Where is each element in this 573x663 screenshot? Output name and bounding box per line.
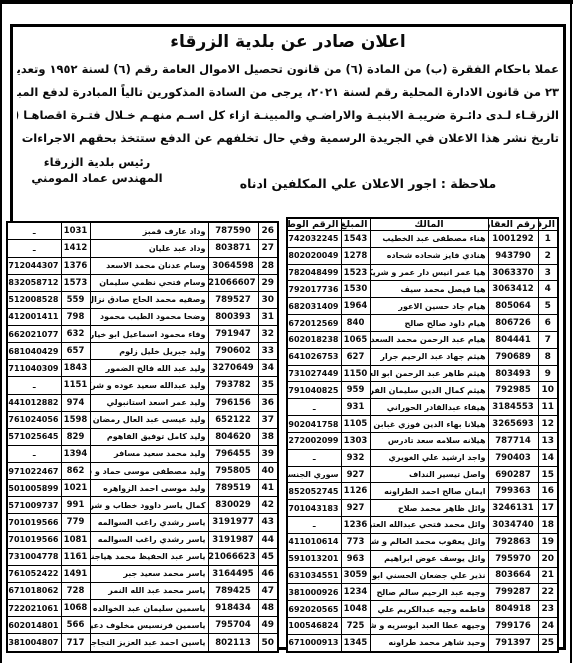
national-id: ـ	[7, 445, 61, 462]
national-id: 9742032245	[287, 231, 341, 248]
amount: 829	[61, 428, 90, 445]
owner-name: ياسر محمد سعيد جبر	[90, 565, 208, 582]
amount: 559	[61, 291, 90, 308]
row-number: 6	[538, 315, 558, 332]
row-number: 41	[258, 480, 278, 497]
national-id: 9381004807	[7, 634, 61, 652]
amount: 959	[341, 382, 370, 399]
owner-name: ياسر عبد الحفيظ محمد هياجنه	[90, 548, 208, 565]
row-number: 25	[538, 634, 558, 652]
row-number: 48	[258, 600, 278, 617]
owner-name: ياسين احمد عبد العزيز التجاجره	[90, 634, 208, 652]
national-id: 9641026753	[287, 348, 341, 365]
parcel-number: 804918	[488, 601, 538, 618]
amount: 1150	[341, 365, 370, 382]
table-row: 123265693هيلانا بهاء الدين فوزي غبابن110…	[287, 416, 558, 433]
table-row: 11001292هناء مصطفى عبد الخطيب15439742032…	[287, 231, 558, 248]
row-number: 5	[538, 298, 558, 315]
parcel-number: 3034740	[488, 517, 538, 534]
table-header-row: الرقم رقم العقار المالك المبلغ الرقم الو…	[287, 218, 558, 231]
amount: 991	[61, 497, 90, 514]
parcel-number: 790602	[208, 343, 258, 360]
row-number: 4	[538, 281, 558, 298]
table-row: 19792863وائل يعقوب محمد العالم و شريكه77…	[287, 533, 558, 550]
row-number: 24	[538, 618, 558, 635]
col-header-owner: المالك	[370, 218, 488, 231]
amount: 728	[61, 582, 90, 599]
parcel-number: 690287	[488, 466, 538, 483]
parcel-number: 789527	[208, 291, 258, 308]
charges-table-rows-1-25: الرقم رقم العقار المالك المبلغ الرقم الو…	[286, 217, 559, 653]
amount: 1065	[341, 331, 370, 348]
charges-tables: الرقم رقم العقار المالك المبلغ الرقم الو…	[17, 217, 559, 653]
amount: 1345	[341, 634, 370, 652]
national-id: 9852052745	[287, 483, 341, 500]
amount: 1151	[61, 377, 90, 394]
owner-name: هيا فيصل محمد سيف	[370, 281, 488, 298]
signature-and-note-row: ملاحظة : اجور الاعلان علي المكلفين ادناه…	[17, 152, 559, 212]
owner-name: واجد ارشيد علي الغويري	[370, 449, 488, 466]
parcel-number: 800393	[208, 308, 258, 325]
parcel-number: 803493	[488, 365, 538, 382]
left-column-rule	[0, 0, 2, 663]
announcement-frame: اعلان صادر عن بلدية الزرقاء عملا باحكام …	[10, 24, 566, 650]
owner-name: هيلانه سلامه سعد تادرس	[370, 432, 488, 449]
amount: 798	[61, 308, 90, 325]
national-id: 9662021077	[7, 326, 61, 343]
parcel-number: 830029	[208, 497, 258, 514]
table-row: 7804441هيام عبد الرحمن محمد السعدي106596…	[287, 331, 558, 348]
owner-name: وائل محمد فتحي عبدالله العتيبي	[370, 517, 488, 534]
parcel-number: 652122	[208, 411, 258, 428]
newspaper-announcement-page: اعلان صادر عن بلدية الزرقاء عملا باحكام …	[0, 0, 573, 663]
national-id: ـ	[287, 449, 341, 466]
owner-name: هيثم كمال الدين سليمان الفراجين	[370, 382, 488, 399]
row-number: 7	[538, 331, 558, 348]
amount: 627	[341, 348, 370, 365]
table-row: 32791947وفاء محمود اسماعيل ابو خياره6329…	[7, 326, 278, 343]
parcel-number: 943790	[488, 247, 538, 264]
row-number: 29	[258, 274, 278, 291]
amount: 1523	[341, 264, 370, 281]
national-id: 9782048499	[287, 264, 341, 281]
parcel-number: 804441	[488, 331, 538, 348]
table-row: 27803871وداد عبد عليان1412ـ	[7, 240, 278, 257]
owner-name: وداد عبد عليان	[90, 240, 208, 257]
national-id: 9802020049	[287, 247, 341, 264]
national-id: 9682031409	[287, 298, 341, 315]
parcel-number: 803664	[488, 567, 538, 584]
owner-name: هيلانا بهاء الدين فوزي غبابن	[370, 416, 488, 433]
parcel-number: 795805	[208, 463, 258, 480]
row-number: 21	[538, 567, 558, 584]
parcel-number: 806726	[488, 315, 538, 332]
table-row: 22799287وجيه عبد الرحيم سالم صالح1234938…	[287, 584, 558, 601]
page-title: اعلان صادر عن بلدية الزرقاء	[17, 32, 559, 52]
row-number: 15	[538, 466, 558, 483]
parcel-number: 796156	[208, 394, 258, 411]
national-id: 9412001411	[7, 308, 61, 325]
owner-name: هيام داود صالح صالح	[370, 315, 488, 332]
table-row: 20795970وائل يوسف عوض ابراهيم96395910132…	[287, 550, 558, 567]
row-number: 33	[258, 343, 278, 360]
row-number: 11	[538, 399, 558, 416]
owner-name: وسام عدنان محمد الاسعد	[90, 257, 208, 274]
table-row: 40795805وليد مصطفى موسى حماد و شركاه8629…	[7, 463, 278, 480]
row-number: 13	[538, 432, 558, 449]
row-number: 43	[258, 514, 278, 531]
national-id: ـ	[7, 240, 61, 257]
national-id: 9272002099	[287, 432, 341, 449]
row-number: 14	[538, 449, 558, 466]
amount: 1048	[341, 601, 370, 618]
parcel-number: 799287	[488, 584, 538, 601]
table-row: 23804918فاطمه وجيه عبدالكريم علي10489692…	[287, 601, 558, 618]
row-number: 18	[538, 517, 558, 534]
owner-name: ياسمين سليمان عبد الخوالده	[90, 600, 208, 617]
parcel-number: 789519	[208, 480, 258, 497]
national-id: 9711040309	[7, 360, 61, 377]
charges-table-rows-26-50: 26787590وداد عارف قمبز1031ـ27803871وداد …	[6, 221, 279, 653]
national-id: 9441012882	[7, 394, 61, 411]
national-id: ـ	[7, 377, 61, 394]
parcel-number: 789425	[208, 582, 258, 599]
parcel-number: 792863	[488, 533, 538, 550]
row-number: 16	[538, 483, 558, 500]
table-row: 33790602وليد جبريل خليل زلوم657968104042…	[7, 343, 278, 360]
parcel-number: 799176	[488, 618, 538, 635]
owner-name: وليد جبريل خليل زلوم	[90, 343, 208, 360]
national-id: ـ	[287, 399, 341, 416]
table-row: 48918434ياسمين سليمان عبد الخوالده106897…	[7, 600, 278, 617]
parcel-number: 3164495	[208, 565, 258, 582]
row-number: 45	[258, 548, 278, 565]
table-row: 30789527وصفيه محمد الحاج صادق نزال و شرك…	[7, 291, 278, 308]
owner-name: وليد محمد سعيد مسافر	[90, 445, 208, 462]
parcel-number: 804620	[208, 428, 258, 445]
signature-title: رئيس بلدية الزرقاء	[17, 154, 177, 170]
table-row: 38804620وليد كامل توفيق الفاهوم829957102…	[7, 428, 278, 445]
owner-name: وجيه عبد الرحيم سالم صالح	[370, 584, 488, 601]
table-row: 33063370هيا عمر انيس دار عمر و شريكها152…	[287, 264, 558, 281]
amount: 1491	[61, 565, 90, 582]
national-id: 9692020565	[287, 601, 341, 618]
row-number: 22	[538, 584, 558, 601]
col-header-amount: المبلغ	[341, 218, 370, 231]
amount: 1031	[61, 222, 90, 240]
amount: 773	[341, 533, 370, 550]
row-number: 31	[258, 308, 278, 325]
parcel-number: 21066623	[208, 548, 258, 565]
national-id: ـ	[287, 517, 341, 534]
table-row: 10792985هيثم كمال الدين سليمان الفراجين9…	[287, 382, 558, 399]
national-id: 9792017736	[287, 281, 341, 298]
owner-name: هيثم جهاد عبد الرحيم جرار	[370, 348, 488, 365]
row-number: 35	[258, 377, 278, 394]
owner-name: ياسر رشدي راغب السوالمه	[90, 514, 208, 531]
owner-name: هناء مصطفى عبد الخطيب	[370, 231, 488, 248]
table-row: 31800393وضحا محمود الطيب محمود7989412001…	[7, 308, 278, 325]
amount: 1530	[341, 281, 370, 298]
row-number: 49	[258, 617, 278, 634]
national-id: 9672012569	[287, 315, 341, 332]
national-id: 9701019566	[7, 514, 61, 531]
owner-name: وحيد شاهر محمد طراونه	[370, 634, 488, 652]
national-id: 9832058712	[7, 274, 61, 291]
owner-name: هيا عمر انيس دار عمر و شريكها	[370, 264, 488, 281]
owner-name: وضحا محمود الطيب محمود	[90, 308, 208, 325]
row-number: 1	[538, 231, 558, 248]
amount: 932	[341, 449, 370, 466]
legal-text-line-4: تاريخ نشر هذا الاعلان في الجريدة الرسمية…	[17, 127, 559, 150]
table-row: 41789519وليد موسى احمد الزواهره102195010…	[7, 480, 278, 497]
owner-name: ايمان صالح احمد الطراونه	[370, 483, 488, 500]
legal-text-line-2: ٢٣ من قانون الادارة المحلية رقم لسنة ٢٠٢…	[17, 81, 559, 104]
national-id: سوري الجنسية	[287, 466, 341, 483]
owner-name: هيام جاد حسين الاعور	[370, 298, 488, 315]
amount: 974	[61, 394, 90, 411]
national-id: 9591013201	[287, 550, 341, 567]
owner-name: هيثم طاهر عبد الرحمن ابو العز	[370, 365, 488, 382]
row-number: 38	[258, 428, 278, 445]
parcel-number: 791397	[488, 634, 538, 652]
owner-name: ياسر رشدي راغب السوالمه	[90, 531, 208, 548]
parcel-number: 3191977	[208, 514, 258, 531]
owner-name: وصفيه محمد الحاج صادق نزال و شركاها	[90, 291, 208, 308]
table-row: 49795704ياسمين فرنسيس مخلوف دعيبس5669602…	[7, 617, 278, 634]
table-row: 9803493هيثم طاهر عبد الرحمن ابو العز1150…	[287, 365, 558, 382]
parcel-number: 787590	[208, 222, 258, 240]
owner-name: وليد مصطفى موسى حماد و شركاه	[90, 463, 208, 480]
amount: 1236	[341, 517, 370, 534]
row-number: 17	[538, 500, 558, 517]
table-row: 183034740وائل محمد فتحي عبدالله العتيبي1…	[287, 517, 558, 534]
parcel-number: 3063370	[488, 264, 538, 281]
note-line: ملاحظة : اجور الاعلان علي المكلفين ادناه	[177, 176, 559, 212]
owner-name: نذير علي جضعان الحسني ابو الغول و شريكه	[370, 567, 488, 584]
national-id: 9712044307	[7, 257, 61, 274]
table-row: 50802113ياسين احمد عبد العزيز التجاجره71…	[7, 634, 278, 652]
amount: 717	[61, 634, 90, 652]
national-id: 9722021061	[7, 600, 61, 617]
owner-name: هيفاء عبدالقادر الحوراني	[370, 399, 488, 416]
parcel-number: 918434	[208, 600, 258, 617]
parcel-number: 803871	[208, 240, 258, 257]
parcel-number: 3064598	[208, 257, 258, 274]
amount: 1394	[61, 445, 90, 462]
national-id: 9411010614	[287, 533, 341, 550]
owner-name: كمال ياسر داوود خطاب و شركاه	[90, 497, 208, 514]
table-row: 26787590وداد عارف قمبز1031ـ	[7, 222, 278, 240]
amount: 1081	[61, 531, 90, 548]
parcel-number: 802113	[208, 634, 258, 652]
national-id: 9512008528	[7, 291, 61, 308]
table-row: 16799363ايمان صالح احمد الطراونه11269852…	[287, 483, 558, 500]
table-row: 37652122وليد عيسى عبد العال رمضان1598976…	[7, 411, 278, 428]
amount: 1573	[61, 274, 90, 291]
table-row: 8790689هيثم جهاد عبد الرحيم جرار62796410…	[287, 348, 558, 365]
amount: 1068	[61, 600, 90, 617]
parcel-number: 3270649	[208, 360, 258, 377]
national-id: 9571025645	[7, 428, 61, 445]
owner-name: ياسمين فرنسيس مخلوف دعيبس	[90, 617, 208, 634]
amount: 1234	[341, 584, 370, 601]
row-number: 23	[538, 601, 558, 618]
row-number: 37	[258, 411, 278, 428]
parcel-number: 793782	[208, 377, 258, 394]
row-number: 20	[538, 550, 558, 567]
col-header-parcel-number: رقم العقار	[488, 218, 538, 231]
amount: 963	[341, 550, 370, 567]
table-row: 463164495ياسر محمد سعيد جبر1491976105242…	[7, 565, 278, 582]
signature-block: رئيس بلدية الزرقاء المهندس عماد المومني	[17, 154, 177, 212]
table-row: 113184553هيفاء عبدالقادر الحوراني931ـ	[287, 399, 558, 416]
table-row: 433191977ياسر رشدي راغب السوالمه77997010…	[7, 514, 278, 531]
row-number: 47	[258, 582, 278, 599]
right-column-rule	[570, 0, 572, 663]
amount: 3059	[341, 567, 370, 584]
owner-name: وسام فتحي نظمي سليمان	[90, 274, 208, 291]
national-id: 9681040429	[7, 343, 61, 360]
table-row: 15690287واصل تيسير النداف927سوري الجنسية	[287, 466, 558, 483]
amount: 931	[341, 399, 370, 416]
table-row: 13787714هيلانه سلامه سعد تادرس1303927200…	[287, 432, 558, 449]
amount: 725	[341, 618, 370, 635]
amount: 1105	[341, 416, 370, 433]
amount: 1543	[341, 231, 370, 248]
table-row: 42830029كمال ياسر داوود خطاب و شركاه9919…	[7, 497, 278, 514]
national-id: 2100546824	[287, 618, 341, 635]
table-row: 25791397وحيد شاهر محمد طراونه13459671000…	[287, 634, 558, 652]
owner-name: فاطمه وجيه عبدالكريم علي	[370, 601, 488, 618]
parcel-number: 805064	[488, 298, 538, 315]
table-row: 35793782وليد عبدالله سعيد عوده و شركاه11…	[7, 377, 278, 394]
amount: 632	[61, 326, 90, 343]
amount: 1021	[61, 480, 90, 497]
amount: 927	[341, 466, 370, 483]
national-id: 9701019566	[7, 531, 61, 548]
row-number: 30	[258, 291, 278, 308]
table-row: 6806726هيام داود صالح صالح8409672012569	[287, 315, 558, 332]
owner-name: وائل يوسف عوض ابراهيم	[370, 550, 488, 567]
owner-name: وليد عمر اسعد استانبولي	[90, 394, 208, 411]
national-id: 9902041758	[287, 416, 341, 433]
col-header-serial: الرقم	[538, 218, 558, 231]
row-number: 26	[258, 222, 278, 240]
row-number: 39	[258, 445, 278, 462]
amount: 1126	[341, 483, 370, 500]
amount: 1964	[341, 298, 370, 315]
national-id: 9761024056	[7, 411, 61, 428]
row-number: 2	[538, 247, 558, 264]
parcel-number: 787714	[488, 432, 538, 449]
national-id: 9602018238	[287, 331, 341, 348]
amount: 927	[341, 500, 370, 517]
table-row: 343270649وليد عبد الله فالح الضمور184397…	[7, 360, 278, 377]
row-number: 46	[258, 565, 278, 582]
row-number: 10	[538, 382, 558, 399]
amount: 1598	[61, 411, 90, 428]
national-id: 9731004778	[7, 548, 61, 565]
national-id: 9501005899	[7, 480, 61, 497]
table-row: 36796156وليد عمر اسعد استانبولي974944101…	[7, 394, 278, 411]
table-row: 47789425ياسر محمد عبد الله النمر72896710…	[7, 582, 278, 599]
owner-name: وائل ظاهر محمد صلاح	[370, 500, 488, 517]
owner-name: هيام عبد الرحمن محمد السعدي	[370, 331, 488, 348]
row-number: 12	[538, 416, 558, 433]
row-number: 9	[538, 365, 558, 382]
top-column-rule	[0, 0, 573, 4]
national-id: 9731027449	[287, 365, 341, 382]
national-id: 9761052422	[7, 565, 61, 582]
owner-name: وداد عارف قمبز	[90, 222, 208, 240]
owner-name: واصل تيسير النداف	[370, 466, 488, 483]
amount: 1278	[341, 247, 370, 264]
parcel-number: 1001292	[488, 231, 538, 248]
owner-name: هنادي فايز شحاده شحاده	[370, 247, 488, 264]
row-number: 19	[538, 533, 558, 550]
owner-name: وفاء محمود اسماعيل ابو خياره	[90, 326, 208, 343]
parcel-number: 3191987	[208, 531, 258, 548]
row-number: 44	[258, 531, 278, 548]
row-number: 42	[258, 497, 278, 514]
amount: 657	[61, 343, 90, 360]
parcel-number: 796455	[208, 445, 258, 462]
row-number: 34	[258, 360, 278, 377]
amount: 566	[61, 617, 90, 634]
table-row: 43063412هيا فيصل محمد سيف15309792017736	[287, 281, 558, 298]
row-number: 50	[258, 634, 278, 652]
row-number: 36	[258, 394, 278, 411]
owner-name: وائل يعقوب محمد العالم و شريكه	[370, 533, 488, 550]
national-id: 9671018062	[7, 582, 61, 599]
parcel-number: 3265693	[488, 416, 538, 433]
legal-text-line-1: عملا باحكام الفقرة (ب) من المادة (٦) من …	[17, 58, 559, 81]
national-id: 9671000913	[287, 634, 341, 652]
national-id: 9701043183	[287, 500, 341, 517]
row-number: 40	[258, 463, 278, 480]
table-row: 2921066607وسام فتحي نظمي سليمان157398320…	[7, 274, 278, 291]
owner-name: وليد موسى احمد الزواهره	[90, 480, 208, 497]
owner-name: ياسر محمد عبد الله النمر	[90, 582, 208, 599]
national-id: 9571009737	[7, 497, 61, 514]
national-id: 9602014801	[7, 617, 61, 634]
row-number: 32	[258, 326, 278, 343]
row-number: 8	[538, 348, 558, 365]
national-id: 9631034551	[287, 567, 341, 584]
parcel-number: 792985	[488, 382, 538, 399]
amount: 1412	[61, 240, 90, 257]
owner-name: وليد عيسى عبد العال رمضان	[90, 411, 208, 428]
amount: 779	[61, 514, 90, 531]
amount: 840	[341, 315, 370, 332]
amount: 1161	[61, 548, 90, 565]
table-row: 5805064هيام جاد حسين الاعور1964968203140…	[287, 298, 558, 315]
parcel-number: 795704	[208, 617, 258, 634]
parcel-number: 3246131	[488, 500, 538, 517]
col-header-national-id: الرقم الوطني	[287, 218, 341, 231]
owner-name: وليد عبدالله سعيد عوده و شركاه	[90, 377, 208, 394]
national-id: ـ	[7, 222, 61, 240]
national-id: 9381000926	[287, 584, 341, 601]
owner-name: وليد عبد الله فالح الضمور	[90, 360, 208, 377]
amount: 1376	[61, 257, 90, 274]
parcel-number: 790689	[488, 348, 538, 365]
table-row: 283064598وسام عدنان محمد الاسعد137697120…	[7, 257, 278, 274]
signature-name: المهندس عماد المومني	[17, 170, 177, 186]
parcel-number: 795970	[488, 550, 538, 567]
parcel-number: 3063412	[488, 281, 538, 298]
